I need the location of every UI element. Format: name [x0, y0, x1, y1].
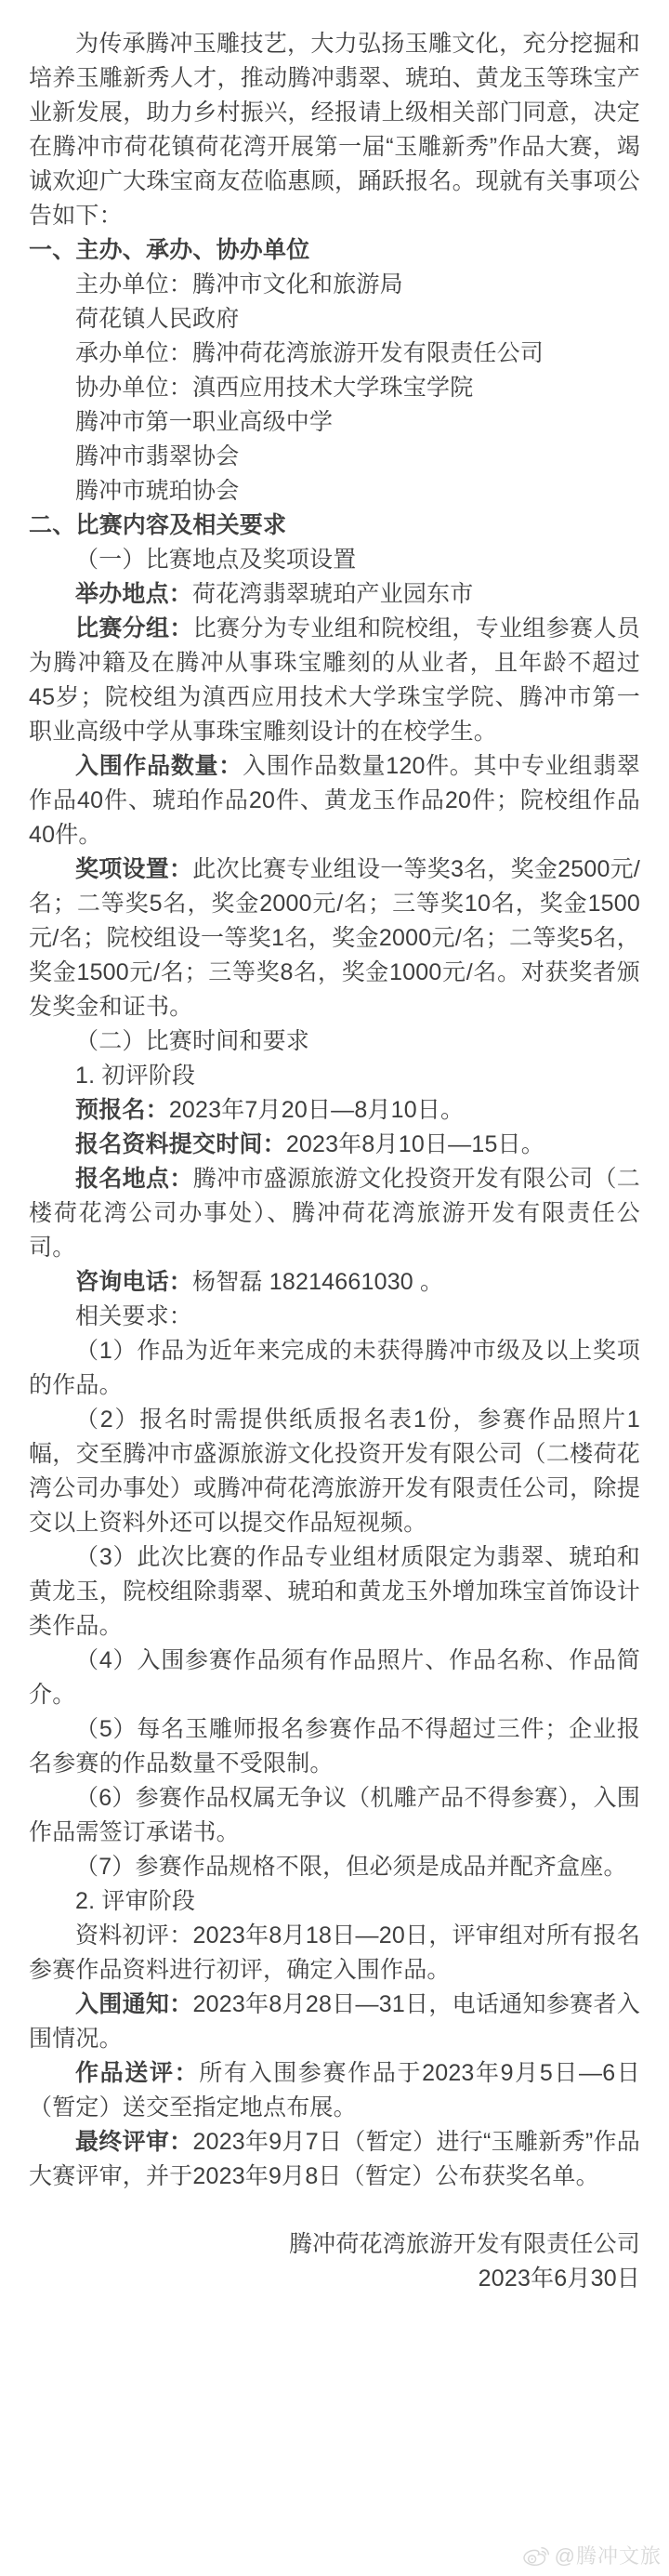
organizer-line: 承办单位：腾冲荷花湾旅游开发有限责任公司 — [29, 337, 640, 371]
shortlist-paragraph: 入围作品数量：入围作品数量120件。其中专业组翡翠作品40件、琥珀作品20件、黄… — [29, 749, 640, 852]
requirements-title: 相关要求： — [29, 1300, 640, 1334]
stage2-title: 2. 评审阶段 — [29, 1884, 640, 1919]
registration-place-paragraph: 报名地点：腾冲市盛源旅游文化投资开发有限公司（二楼荷花湾公司办事处）、腾冲荷花湾… — [29, 1162, 640, 1265]
requirement-item: （5）每名玉雕师报名参赛作品不得超过三件；企业报名参赛的作品数量不受限制。 — [29, 1712, 640, 1781]
requirement-item: （7）参赛作品规格不限，但必须是成品并配齐盒座。 — [29, 1850, 640, 1884]
awards-label: 奖项设置： — [75, 856, 192, 882]
shortlist-notice-paragraph: 入围通知：2023年8月28日—31日，电话通知参赛者入围情况。 — [29, 1988, 640, 2056]
stage1-title: 1. 初评阶段 — [29, 1059, 640, 1093]
organizer-line: 协办单位：滇西应用技术大学珠宝学院 — [29, 371, 640, 405]
watermark: @腾冲文旅 — [521, 2541, 662, 2569]
contact-phone-text: 杨智磊 18214661030 。 — [192, 1269, 443, 1295]
groups-paragraph: 比赛分组：比赛分为专业组和院校组，专业组参赛人员为腾冲籍及在腾冲从事珠宝雕刻的从… — [29, 612, 640, 749]
contact-phone-paragraph: 咨询电话：杨智磊 18214661030 。 — [29, 1265, 640, 1300]
venue-label: 举办地点： — [75, 581, 192, 607]
weibo-icon — [521, 2543, 550, 2568]
announcement-page: 为传承腾冲玉雕技艺，大力弘扬玉雕文化，充分挖掘和培养玉雕新秀人才，推动腾冲翡翠、… — [0, 0, 669, 2576]
submission-time-text: 2023年8月10日—15日。 — [286, 1131, 544, 1157]
final-review-label: 最终评审： — [75, 2129, 192, 2155]
requirement-item: （6）参赛作品权属无争议（机雕产品不得参赛），入围作品需签订承诺书。 — [29, 1781, 640, 1850]
organizer-line: 腾冲市翡翠协会 — [29, 440, 640, 474]
contact-phone-label: 咨询电话： — [75, 1269, 192, 1295]
section1-heading: 一、主办、承办、协办单位 — [29, 233, 640, 268]
venue-paragraph: 举办地点：荷花湾翡翠琥珀产业园东市 — [29, 577, 640, 612]
submission-time-paragraph: 报名资料提交时间：2023年8月10日—15日。 — [29, 1128, 640, 1162]
requirement-item: （2）报名时需提供纸质报名表1份，参赛作品照片1幅，交至腾冲市盛源旅游文化投资开… — [29, 1403, 640, 1540]
watermark-text: @腾冲文旅 — [555, 2541, 662, 2569]
registration-place-label: 报名地点： — [75, 1166, 193, 1192]
shortlist-label: 入围作品数量： — [75, 753, 243, 779]
organizer-line: 腾冲市琥珀协会 — [29, 474, 640, 509]
shortlist-notice-label: 入围通知： — [75, 1991, 193, 2017]
pre-registration-paragraph: 预报名：2023年7月20日—8月10日。 — [29, 1093, 640, 1128]
organizer-line: 腾冲市第一职业高级中学 — [29, 405, 640, 440]
pre-registration-text: 2023年7月20日—8月10日。 — [169, 1097, 464, 1123]
organizer-line: 主办单位：腾冲市文化和旅游局 — [29, 268, 640, 302]
pre-registration-label: 预报名： — [75, 1097, 169, 1123]
work-delivery-label: 作品送评： — [75, 2060, 199, 2086]
requirement-item: （4）入围参赛作品须有作品照片、作品名称、作品简介。 — [29, 1644, 640, 1712]
subsection2-title: （二）比赛时间和要求 — [29, 1024, 640, 1059]
subsection1-title: （一）比赛地点及奖项设置 — [29, 543, 640, 577]
awards-paragraph: 奖项设置：此次比赛专业组设一等奖3名，奖金2500元/名；二等奖5名，奖金200… — [29, 852, 640, 1024]
venue-text: 荷花湾翡翠琥珀产业园东市 — [192, 581, 473, 607]
requirement-item: （3）此次比赛的作品专业组材质限定为翡翠、琥珀和黄龙玉，院校组除翡翠、琥珀和黄龙… — [29, 1540, 640, 1644]
work-delivery-paragraph: 作品送评：所有入围参赛作品于2023年9月5日—6日（暂定）送交至指定地点布展。 — [29, 2056, 640, 2125]
document-body: 为传承腾冲玉雕技艺，大力弘扬玉雕文化，充分挖掘和培养玉雕新秀人才，推动腾冲翡翠、… — [0, 0, 669, 2296]
requirement-item: （1）作品为近年来完成的未获得腾冲市级及以上奖项的作品。 — [29, 1334, 640, 1403]
signature-company: 腾冲荷花湾旅游开发有限责任公司 — [29, 2227, 640, 2262]
preliminary-review-label: 资料初评： — [75, 1922, 193, 1949]
preliminary-review-paragraph: 资料初评：2023年8月18日—20日，评审组对所有报名参赛作品资料进行初评，确… — [29, 1919, 640, 1988]
signature-date: 2023年6月30日 — [29, 2262, 640, 2296]
groups-label: 比赛分组： — [75, 615, 193, 641]
intro-paragraph: 为传承腾冲玉雕技艺，大力弘扬玉雕文化，充分挖掘和培养玉雕新秀人才，推动腾冲翡翠、… — [29, 27, 640, 233]
signature-block: 腾冲荷花湾旅游开发有限责任公司 2023年6月30日 — [29, 2227, 640, 2296]
section2-heading: 二、比赛内容及相关要求 — [29, 509, 640, 543]
final-review-paragraph: 最终评审：2023年9月7日（暂定）进行“玉雕新秀”作品大赛评审，并于2023年… — [29, 2125, 640, 2194]
organizer-line: 荷花镇人民政府 — [29, 302, 640, 337]
submission-time-label: 报名资料提交时间： — [75, 1131, 286, 1157]
